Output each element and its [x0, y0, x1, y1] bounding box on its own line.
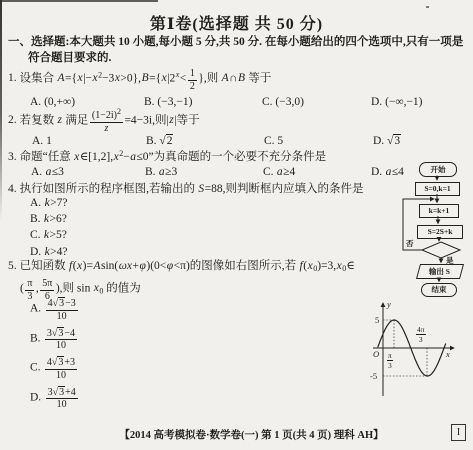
question-2-options: A. 1 B. √2 C. 5 D. √3 — [0, 134, 473, 148]
question-1-option-c: C. (−3,0) — [262, 95, 304, 109]
question-2-option-c: C. 5 — [264, 134, 283, 148]
question-3-option-b: B. a≥3 — [145, 165, 177, 179]
flow-increment-node: k=k+1 — [419, 204, 459, 218]
flow-output-node: 输出 S — [416, 264, 464, 279]
flow-start-node: 开始 — [419, 162, 457, 177]
question-2-stem: 2.若复数 z 满足(1−2i)2z=4−3i,则|z|等于 — [8, 111, 200, 134]
flow-no-label: 否 — [406, 240, 414, 248]
graph-canvas — [337, 292, 461, 404]
flow-init-node: S=0,k=1 — [415, 182, 460, 196]
question-2-option-b: B. √2 — [146, 134, 173, 148]
question-4-option-b: B. k>6? — [30, 212, 68, 228]
question-4-stem: 4.执行如图所示的程序框图,若输出的 S=88,则判断框内应填入的条件是 — [8, 182, 363, 196]
instructions-line1: 一、选择题:本大题共 10 小题,每小题 5 分,共 50 分. 在每小题给出的… — [8, 33, 463, 49]
footer-text: 【2014 高考模拟卷·数学卷(一) 第 1 页(共 4 页) 理科 AH】 — [40, 427, 463, 442]
question-4-option-a: A. k>7? — [30, 196, 68, 212]
question-3-option-a: A. a≤3 — [31, 165, 64, 179]
question-5-option-c: C. 4√3+310 — [30, 358, 79, 388]
question-5-options: A. 4√3−310 B. 3√3−410 C. 4√3+310 D. 3√3+… — [30, 299, 79, 417]
question-1-option-a: A. (0,+∞) — [30, 95, 75, 109]
x-tick-pi-over-3: π 3 — [387, 352, 393, 369]
question-3-stem: 3.命题“任意 x∈[1,2],x2−a≤0”为真命题的一个必要不充分条件是 — [8, 150, 326, 164]
question-2-option-d: D. √3 — [373, 134, 401, 148]
question-5-stem: 5.已知函数 f(x)=Asin(ωx+φ)(0<φ<π)的图像如右图所示,若 … — [8, 259, 355, 273]
question-3-option-c: C. a≥4 — [263, 165, 295, 179]
question-2-option-a: A. 1 — [32, 134, 52, 148]
y-axis-label: y — [387, 300, 391, 309]
exam-page: 第Ⅰ卷(选择题 共 50 分) 一、选择题:本大题共 10 小题,每小题 5 分… — [0, 0, 473, 450]
question-5-option-b: B. 3√3−410 — [30, 329, 79, 359]
origin-label: O — [373, 350, 379, 359]
x-axis-label: x — [446, 350, 450, 359]
scan-artifact-speck — [426, 6, 429, 8]
instructions-line2: 符合题目要求的. — [28, 49, 111, 65]
x-tick-4pi-over-3: 4π 3 — [416, 326, 426, 343]
decision-diamond — [422, 242, 460, 258]
question-4-option-c: C. k>5? — [30, 228, 68, 244]
question-1-stem: 1.设集合 A={x|−x2−3x>0},B={x|2x<12},则 A∩B 等… — [8, 69, 271, 92]
scan-artifact-leftedge — [0, 0, 2, 260]
flow-accumulate-node: S=2S+k — [417, 225, 463, 239]
flowchart: 开始 S=0,k=1 k=k+1 S=2S+k 否 是 输出 S 结束 — [393, 156, 473, 304]
page-title: 第Ⅰ卷(选择题 共 50 分) — [0, 11, 473, 34]
y-max-tick: 5 — [375, 316, 379, 325]
question-4-options: A. k>7? B. k>6? C. k>5? D. k>4? — [30, 196, 68, 261]
question-1-options: A. (0,+∞) B. (−3,−1) C. (−3,0) D. (−∞,−1… — [0, 95, 473, 109]
page-marker-box: I — [451, 424, 466, 441]
function-graph: y x O 5 -5 π 3 4π 3 — [337, 292, 461, 404]
y-min-tick: -5 — [370, 372, 377, 381]
scan-artifact-topline — [0, 0, 158, 2]
question-1-option-b: B. (−3,−1) — [144, 95, 192, 109]
question-1-option-d: D. (−∞,−1) — [371, 95, 423, 109]
question-5-option-d: D. 3√3+410 — [30, 388, 79, 418]
question-5-option-a: A. 4√3−310 — [30, 299, 79, 329]
